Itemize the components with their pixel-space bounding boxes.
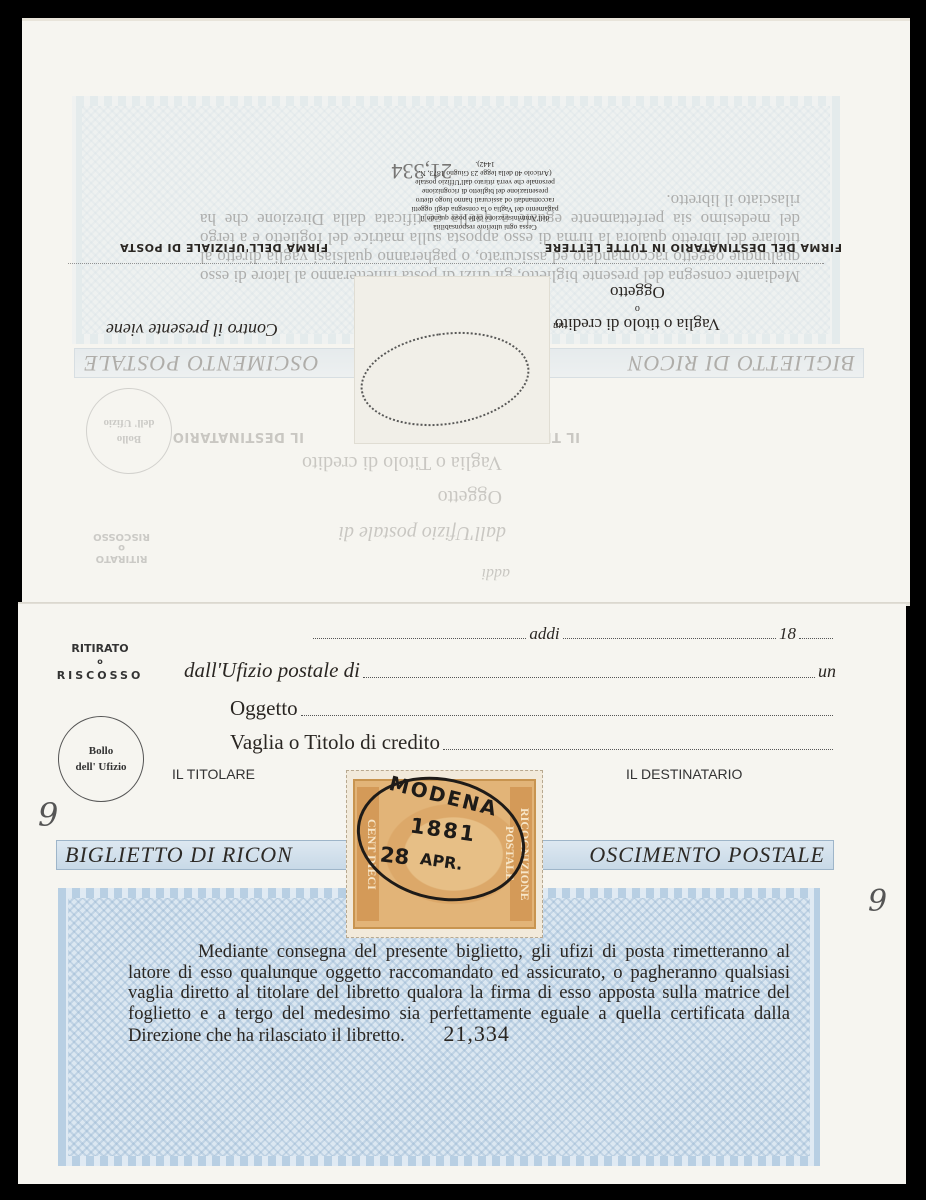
top-panel-inverted: Mediante consegna del presente biglietto… (22, 18, 910, 604)
ufizio-row: dall'Ufizio postale di un (184, 658, 836, 683)
item-options: Vaglia o titolo di credito o Oggetto (555, 284, 720, 332)
responsibility-clause: Cessa ogni ulteriore responsabilità dell… (410, 160, 560, 232)
signature-officer-label: FIRMA DELL'UFIZIALE DI POSTA (120, 241, 328, 254)
contro-text: Contro il presente viene (106, 319, 278, 340)
ritirato-riscosso-label: RITIRATO o RISCOSSO (56, 640, 144, 684)
signature-recipient-label: FIRMA DEL DESTINATARIO IN TUTTE LETTERE (544, 241, 842, 254)
post-office-field[interactable] (363, 677, 815, 678)
serial-number: 21,334 (443, 1021, 510, 1046)
signature-dotted-line (68, 263, 824, 264)
vaglia-row: Vaglia o Titolo di credito (230, 730, 836, 755)
addi-row: addi 18 (310, 624, 836, 644)
oggetto-row: Oggetto (230, 696, 836, 721)
year-field[interactable] (799, 638, 833, 639)
oggetto-field[interactable] (301, 715, 833, 716)
pencil-mark-left: 9 (38, 796, 58, 834)
body-text: Mediante consegna del presente biglietto… (128, 942, 790, 1047)
vaglia-field[interactable] (443, 749, 833, 750)
date-field[interactable] (563, 638, 776, 639)
cancel-day: 28 (379, 843, 411, 870)
destinatario-label: IL DESTINATARIO (626, 766, 742, 782)
bollo-circle: Bollo dell' Ufizio (58, 716, 144, 802)
pencil-mark-right: 9 (868, 884, 887, 919)
titolare-label: IL TITOLARE (172, 766, 255, 782)
